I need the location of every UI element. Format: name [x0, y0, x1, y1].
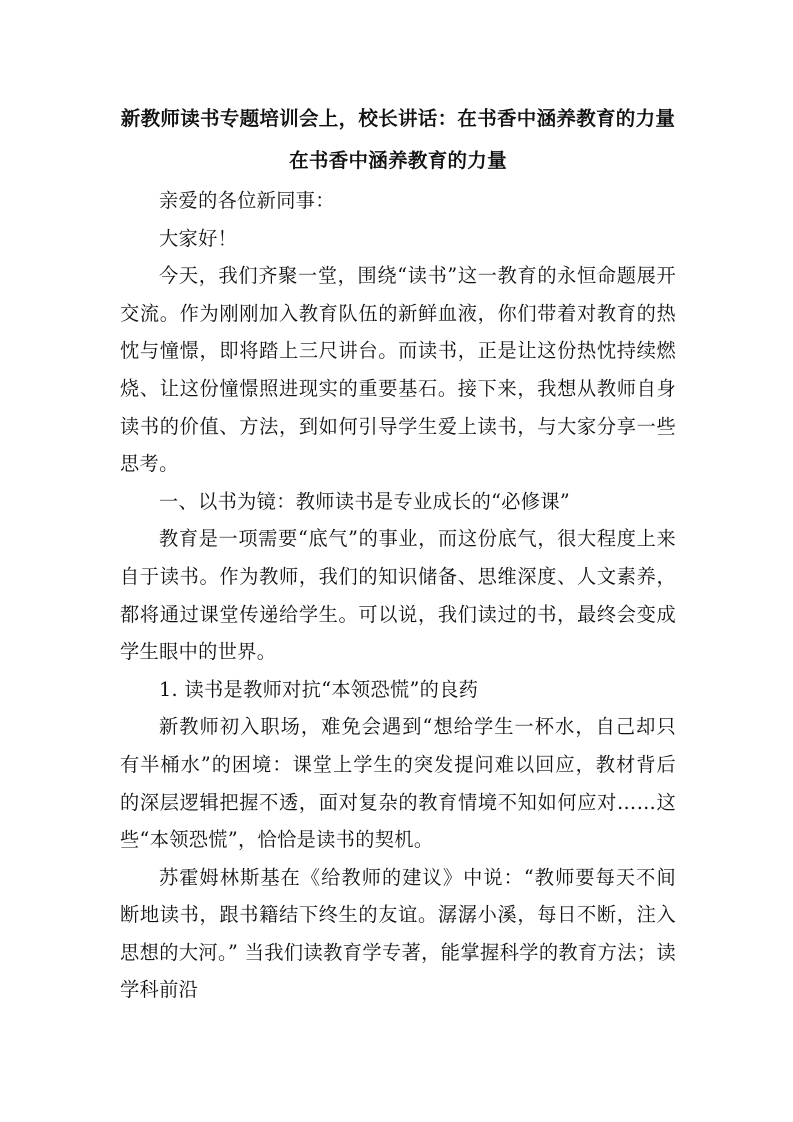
intro-paragraph: 今天，我们齐聚一堂，围绕“读书”这一教育的永恒命题展开交流。作为刚刚加入教育队伍…: [120, 257, 676, 483]
salutation: 亲爱的各位新同事：: [120, 182, 676, 220]
document-page: 新教师读书专题培训会上，校长讲话：在书香中涵养教育的力量在书香中涵养教育的力量 …: [120, 98, 676, 1009]
quote-paragraph: 苏霍姆林斯基在《给教师的建议》中说：“教师要每天不间断地读书，跟书籍结下终生的友…: [120, 859, 676, 1009]
document-title: 新教师读书专题培训会上，校长讲话：在书香中涵养教育的力量在书香中涵养教育的力量: [116, 98, 680, 182]
section-heading-1: 一、以书为镜：教师读书是专业成长的“必修课”: [120, 483, 676, 521]
subheading-1-1: 1. 读书是教师对抗“本领恐慌”的良药: [120, 671, 676, 709]
subsection-1-1-paragraph: 新教师初入职场，难免会遇到“想给学生一杯水，自己却只有半桶水”的困境：课堂上学生…: [120, 708, 676, 858]
section-1-paragraph: 教育是一项需要“底气”的事业，而这份底气，很大程度上来自于读书。作为教师，我们的…: [120, 520, 676, 670]
greeting: 大家好！: [120, 220, 676, 258]
